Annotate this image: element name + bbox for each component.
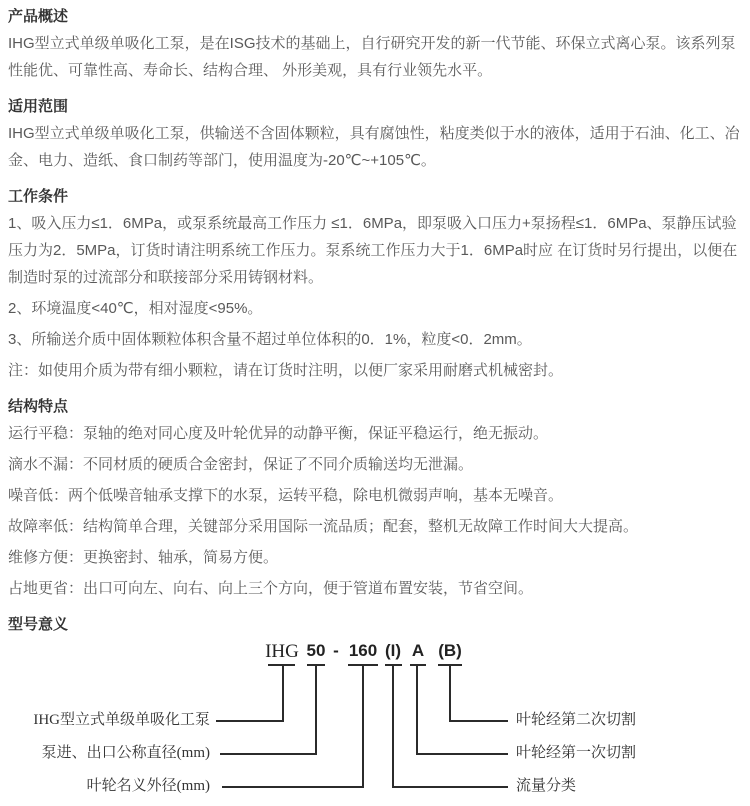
underline-tick: [410, 664, 426, 666]
label-inlet-outlet-diameter: 泵进、出口公称直径(mm): [42, 744, 210, 762]
section-application-range: 适用范围 IHG型立式单级单吸化工泵，供输送不含固体颗粒，具有腐蚀性，粘度类似于…: [0, 98, 750, 174]
pointer-line-vertical: [282, 665, 284, 722]
pointer-line-vertical: [416, 665, 418, 755]
product-doc-page: 产品概述 IHG型立式单级单吸化工泵，是在ISG技术的基础上，自行研究开发的新一…: [0, 0, 750, 802]
paragraph-feature-space-saving: 占地更省：出口可向左、向右、向上三个方向，便于管道布置安装，节省空间。: [8, 575, 742, 602]
section-model-meaning: 型号意义 IHG 50 - 160 (I) A (B): [0, 616, 750, 802]
section-structure-features: 结构特点 运行平稳：泵轴的绝对同心度及叶轮优异的动静平衡，保证平稳运行，绝无振动…: [0, 398, 750, 602]
paragraph-feature-low-failure: 故障率低：结构简单合理，关键部分采用国际一流品质；配套，整机无故障工作时间大大提…: [8, 513, 742, 540]
pointer-line-vertical: [315, 665, 317, 755]
section-heading-product-overview: 产品概述: [8, 8, 742, 26]
paragraph-feature-no-leak: 滴水不漏：不同材质的硬质合金密封，保证了不同介质输送均无泄漏。: [8, 451, 742, 478]
section-heading-application-range: 适用范围: [8, 98, 742, 116]
paragraph-condition-pressure: 1、吸入压力≤1．6MPa，或泵系统最高工作压力 ≤1．6MPa，即泵吸入口压力…: [8, 210, 742, 291]
section-heading-working-conditions: 工作条件: [8, 188, 742, 206]
paragraph-condition-particles: 3、所输送介质中固体颗粒体积含量不超过单位体积的0．1%，粒度<0．2mm。: [8, 326, 742, 353]
section-product-overview: 产品概述 IHG型立式单级单吸化工泵，是在ISG技术的基础上，自行研究开发的新一…: [0, 8, 750, 84]
pointer-line-horizontal: [449, 720, 508, 722]
label-flow-classification: 流量分类: [516, 777, 576, 795]
pointer-line-horizontal: [392, 786, 508, 788]
paragraph-feature-smooth-running: 运行平稳：泵轴的绝对同心度及叶轮优异的动静平衡，保证平稳运行，绝无振动。: [8, 420, 742, 447]
paragraph-condition-note: 注：如使用介质为带有细小颗粒，请在订货时注明，以便厂家采用耐磨式机械密封。: [8, 357, 742, 384]
model-code-token-diameter: 50: [307, 641, 326, 661]
model-code-token-flow-class: (I): [385, 641, 401, 661]
label-pump-type: IHG型立式单级单吸化工泵: [33, 711, 210, 729]
paragraph-application-range: IHG型立式单级单吸化工泵，供输送不含固体颗粒，具有腐蚀性，粘度类似于水的液体，…: [8, 120, 742, 174]
section-heading-model-meaning: 型号意义: [8, 616, 742, 634]
paragraph-feature-easy-maintenance: 维修方便：更换密封、轴承，简易方便。: [8, 544, 742, 571]
label-impeller-second-cut: 叶轮经第二次切割: [516, 711, 636, 729]
model-meaning-diagram: IHG 50 - 160 (I) A (B): [0, 640, 750, 802]
pointer-line-horizontal: [220, 753, 317, 755]
pointer-line-vertical: [362, 665, 364, 788]
paragraph-condition-temperature: 2、环境温度<40℃，相对湿度<95%。: [8, 295, 742, 322]
section-working-conditions: 工作条件 1、吸入压力≤1．6MPa，或泵系统最高工作压力 ≤1．6MPa，即泵…: [0, 188, 750, 384]
model-code-token-impeller: 160: [349, 641, 377, 661]
pointer-line-vertical: [449, 665, 451, 722]
model-code-token-dash: -: [333, 641, 339, 661]
model-code-token-first-cut: A: [412, 641, 424, 661]
section-heading-structure-features: 结构特点: [8, 398, 742, 416]
model-code-token-second-cut: (B): [438, 641, 462, 661]
pointer-line-horizontal: [222, 786, 364, 788]
paragraph-feature-low-noise: 噪音低：两个低噪音轴承支撑下的水泵，运转平稳，除电机微弱声响，基本无噪音。: [8, 482, 742, 509]
pointer-line-vertical: [392, 665, 394, 788]
label-impeller-nominal-diameter: 叶轮名义外径(mm): [87, 777, 210, 795]
paragraph-product-overview: IHG型立式单级单吸化工泵，是在ISG技术的基础上，自行研究开发的新一代节能、环…: [8, 30, 742, 84]
label-impeller-first-cut: 叶轮经第一次切割: [516, 744, 636, 762]
model-code-token-series: IHG: [265, 641, 299, 663]
pointer-line-horizontal: [216, 720, 284, 722]
pointer-line-horizontal: [416, 753, 508, 755]
